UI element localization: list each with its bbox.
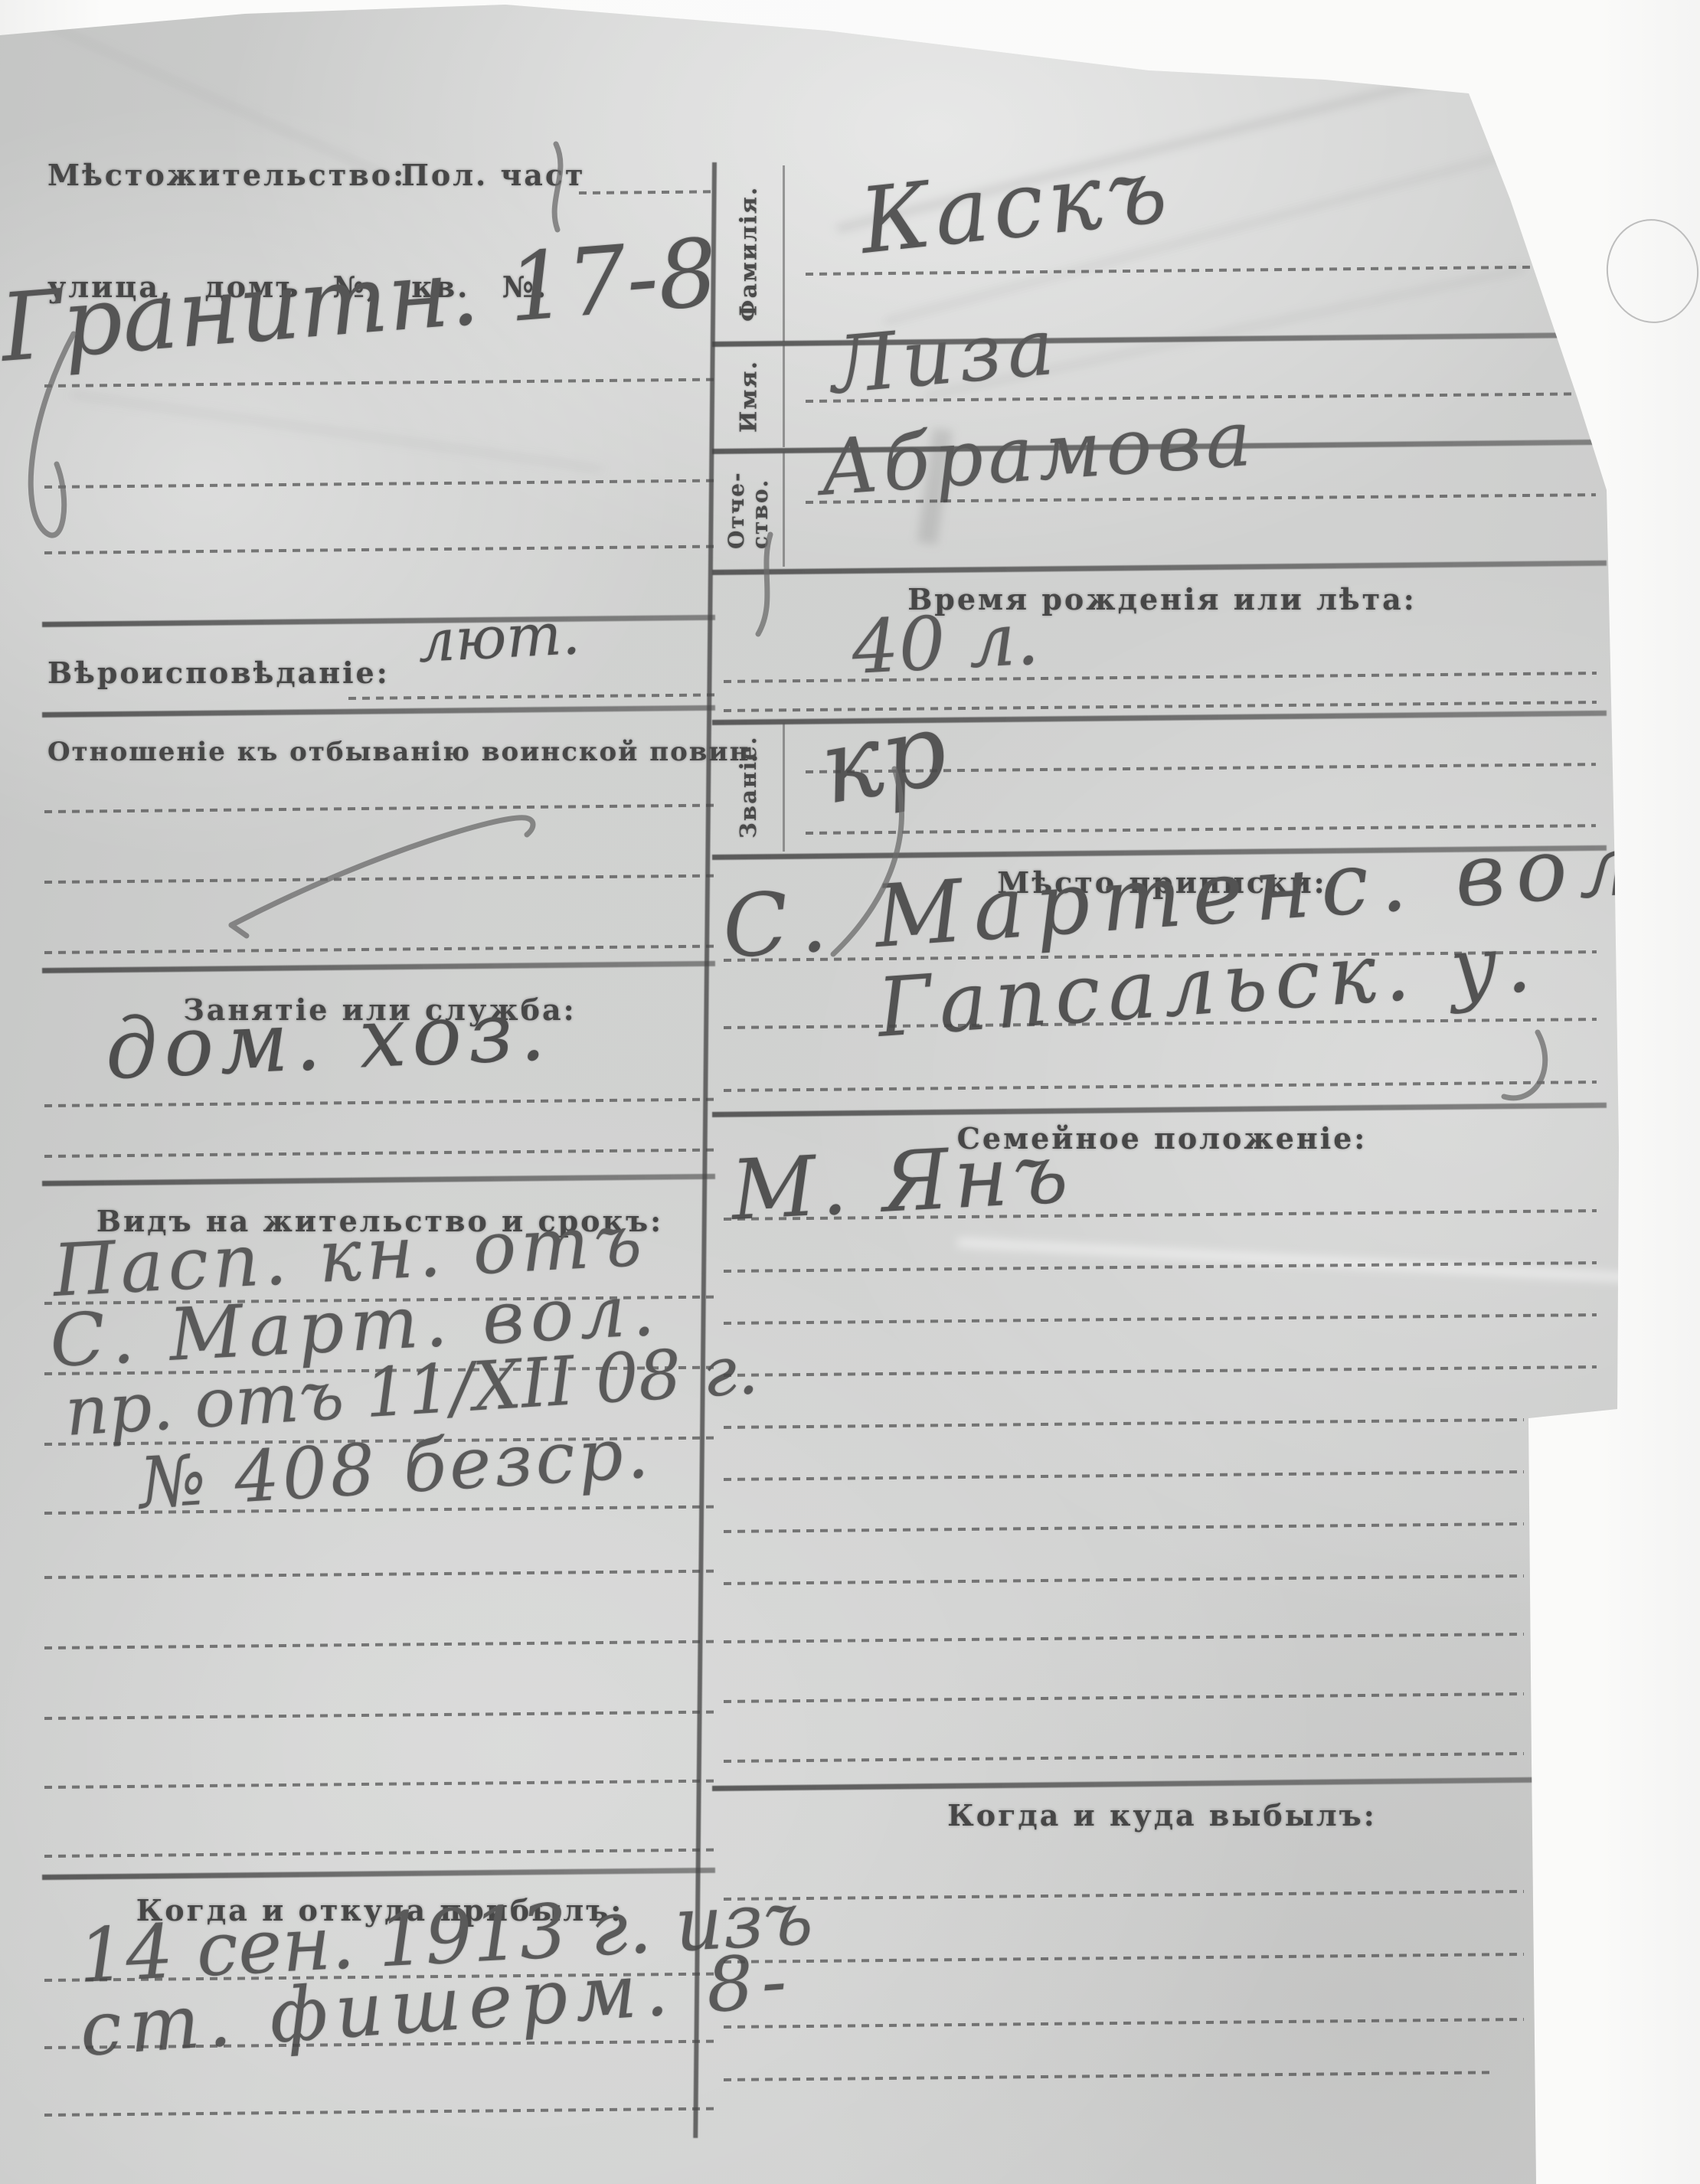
dotted-line [44,2107,715,2117]
dotted-line [44,1849,715,1858]
cell-inner-divider [783,165,785,342]
cell-inner-divider [783,723,785,852]
dotted-line [44,479,715,489]
dotted-line [44,1711,715,1720]
patronymic-cell-label: Отче- ство. [715,453,783,567]
residence-label: Мѣстожительство: [47,158,406,192]
religion-label: Вѣроисповѣданіе: [47,656,390,690]
first-name-cell-label: Имя. [718,346,780,446]
dotted-line [44,1570,715,1579]
section-rule [712,561,1607,575]
first-name-value: Лиза [828,308,1063,406]
rank-cell-label: Званіе. [718,724,780,850]
dotted-line [44,875,715,884]
cell-inner-divider [783,345,785,447]
dotted-line [724,1752,1524,1763]
section-rule [42,615,715,627]
dotted-line [44,1640,715,1649]
dotted-line [44,945,715,954]
dotted-line [724,1890,1524,1901]
dotted-line [44,1149,715,1158]
section-rule [42,961,715,973]
dotted-line [724,1633,1524,1643]
dotted-line [724,1365,1597,1377]
dotted-line [724,1418,1524,1429]
section-rule [42,705,715,718]
dotted-line [724,1081,1597,1092]
occupation-value: дом. хоз. [103,990,553,1092]
dotted-line [724,1574,1524,1585]
dotted-line [348,693,715,700]
dotted-line [44,804,715,813]
patronymic-value: Абрамова [818,401,1258,507]
section-rule [712,1103,1607,1117]
paper-crease [957,1237,1646,1283]
religion-value: лют. [417,604,581,671]
dotted-line [724,1692,1524,1703]
dotted-line [724,1313,1597,1325]
address-value: Гранитн. 17-8 [0,226,721,375]
section-rule [42,1174,715,1186]
registration-card: Мѣстожительство: Пол. част улица, домъ №… [0,0,1700,2184]
paper-crease [71,391,603,472]
dotted-line [44,545,715,554]
cell-inner-divider [783,452,785,567]
dotted-line [724,1470,1524,1481]
surname-cell-label: Фамилія. [718,167,780,340]
surname-value: Каскъ [856,144,1175,266]
section-rule [712,1777,1593,1791]
rank-value: кр [813,698,954,819]
military-service-label: Отношеніе къ отбыванію воинской повин. [47,737,760,767]
dotted-line [579,190,714,195]
police-part-label: Пол. част [401,158,586,192]
dotted-line [44,1098,715,1107]
dotted-line [724,1261,1597,1273]
dotted-line [724,1953,1524,1963]
dotted-line [724,2071,1489,2081]
departure-header: Когда и куда выбылъ: [716,1798,1608,1833]
dotted-line [724,1522,1524,1533]
dotted-line [724,2018,1524,2029]
pencil-oval-doodle [1601,214,1700,328]
dotted-line [44,1780,715,1789]
dotted-line [44,378,715,387]
document-scan: Мѣстожительство: Пол. част улица, домъ №… [0,0,1700,2184]
age-value: 40 л. [850,601,1041,685]
section-rule [42,1868,715,1880]
